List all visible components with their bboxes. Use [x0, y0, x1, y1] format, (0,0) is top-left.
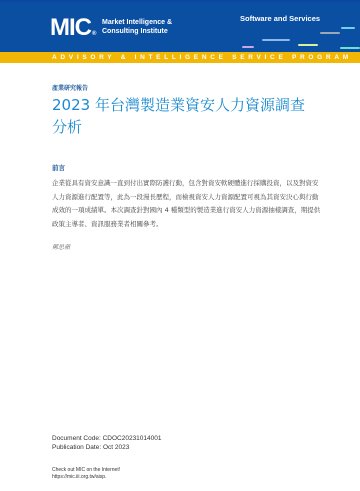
document-meta: Document Code: CDOC20231014001 Publicati…: [52, 434, 161, 452]
footer: Check out MIC on the Internet! https://m…: [52, 467, 120, 481]
decorative-line: [242, 46, 254, 48]
header-banner: MIC® Market Intelligence & Consulting In…: [0, 0, 360, 52]
institute-name: Market Intelligence & Consulting Institu…: [102, 18, 172, 36]
report-category: 產業研究報告: [52, 83, 88, 92]
author: 鄭思蘋: [52, 242, 70, 251]
document-code: Document Code: CDOC20231014001: [52, 434, 161, 443]
section-heading: 前言: [52, 163, 65, 172]
decorative-line: [262, 39, 290, 41]
business-unit: Software and Services: [240, 14, 320, 23]
publication-date: Publication Date: Oct 2023: [52, 443, 161, 452]
report-abstract: 企業從具有資安意識一直到付出實際防護行動，包含對資安軟硬體進行採購投資，以及對資…: [52, 177, 322, 231]
decorative-line: [320, 32, 340, 34]
website-link[interactable]: https://mic.iii.org.tw/aisp.: [52, 474, 120, 481]
decorative-line: [340, 47, 360, 49]
mic-logo: MIC®: [50, 16, 95, 46]
program-strip: ADVISORY & INTELLIGENCE SERVICE PROGRAM: [0, 52, 360, 63]
report-title: 2023 年台灣製造業資安人力資源調查分析: [52, 94, 312, 138]
decorative-line: [341, 27, 355, 29]
decorative-line: [298, 44, 318, 46]
